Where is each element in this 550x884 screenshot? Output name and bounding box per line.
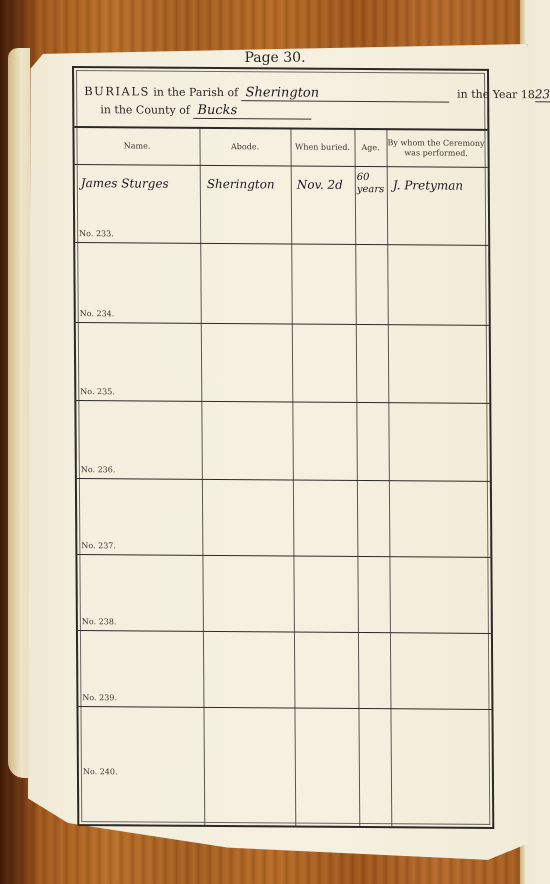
year-prefix: in the Year 18	[457, 88, 535, 102]
burial-entry: James Sturges Sherington Nov. 2d 60 year…	[75, 162, 489, 246]
burial-table: Name. Abode. When buried. Age. By whom t…	[74, 126, 492, 827]
register-title: BURIALS	[84, 84, 150, 98]
entry-number: No. 238.	[82, 617, 117, 626]
burial-entry: No. 236.	[76, 400, 490, 482]
burial-entry: No. 240.	[78, 706, 492, 783]
register-header-line-1: BURIALS in the Parish of Sherington in t…	[84, 84, 550, 103]
entry-officiant: J. Pretyman	[393, 178, 463, 192]
register-frame: BURIALS in the Parish of Sherington in t…	[72, 66, 494, 829]
entry-when-buried: Nov. 2d	[297, 178, 343, 192]
entry-number: No. 237.	[81, 541, 116, 550]
entry-number: No. 239.	[82, 693, 117, 702]
entry-number: No. 234.	[80, 309, 115, 318]
burial-entry: No. 234.	[75, 242, 489, 326]
county-field: Bucks	[193, 103, 311, 120]
burial-entry: No. 235.	[76, 322, 490, 404]
entry-number: No. 233.	[79, 229, 114, 238]
column-header-abode: Abode.	[199, 129, 290, 166]
parish-field: Sherington	[242, 85, 450, 102]
county-prefix: in the County of	[100, 103, 190, 117]
entry-number: No. 240.	[83, 767, 118, 776]
year-field: 23	[535, 87, 550, 102]
entry-name: James Sturges	[81, 176, 169, 191]
parish-prefix: in the Parish of	[153, 86, 238, 100]
burial-entry: No. 237.	[77, 478, 491, 558]
entry-number: No. 236.	[81, 465, 116, 474]
entry-number: No. 235.	[80, 387, 115, 396]
column-header-age: Age.	[354, 130, 386, 166]
column-header-officiant: By whom the Ceremony was performed.	[386, 130, 485, 167]
column-header-when-buried: When buried.	[290, 130, 354, 166]
entry-abode: Sherington	[207, 177, 275, 191]
column-header-name: Name.	[74, 128, 199, 165]
page-number: Page 30.	[0, 50, 550, 66]
burial-entry: No. 238.	[77, 554, 491, 634]
entry-age: 60 years	[357, 172, 387, 196]
burial-entry: No. 239.	[78, 630, 492, 710]
register-header-line-2: in the County of Bucks	[100, 102, 311, 119]
page-stack-edge	[8, 48, 30, 778]
